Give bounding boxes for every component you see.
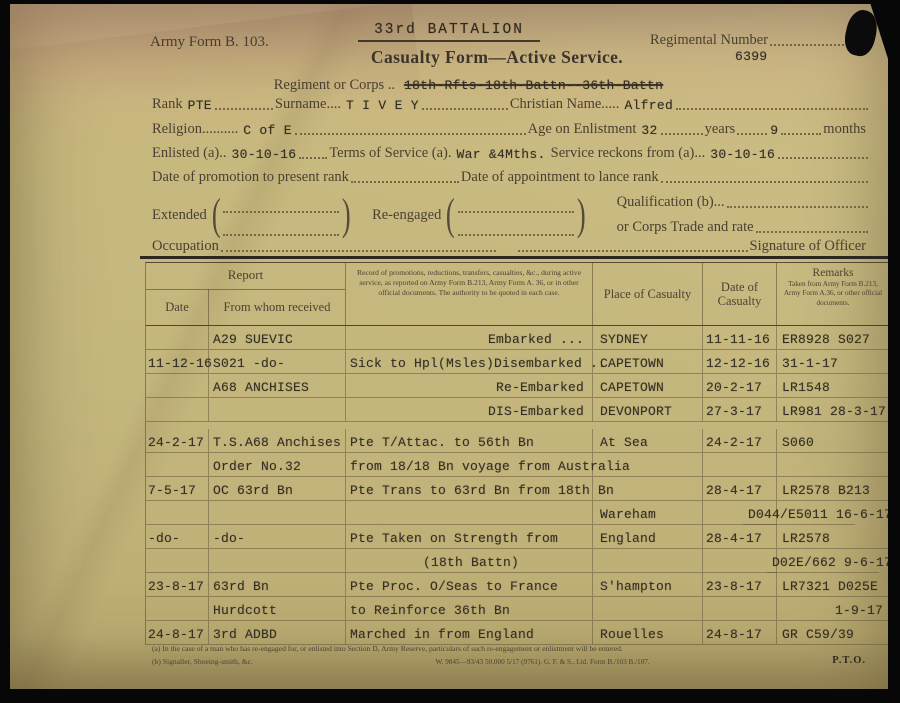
cell-remarks: 31-1-17 [777,350,889,374]
dotted-leader [223,218,339,236]
cell-place [593,477,703,501]
table-row: A68 ANCHISES Re-Embarked CAPETOWN 20-2-1… [146,374,890,398]
cell-from: Hurdcott [209,597,346,621]
cell-date [146,501,209,525]
cell-date: 7-5-17 [146,477,209,501]
signature-label: Signature of Officer [748,238,869,255]
cell-record: Pte Trans to 63rd Bn from 18th Bn [346,477,593,501]
enlisted-label: Enlisted (a).. [150,145,229,162]
reckons-label: Service reckons from (a)... [549,145,708,162]
age-months-value: 9 [767,123,781,138]
scanned-document: 33rd BATTALION Army Form B. 103. Regimen… [0,0,900,703]
dotted-leader [221,247,496,252]
paper-sheet: 33rd BATTALION Army Form B. 103. Regimen… [10,4,888,689]
dotted-leader [351,178,459,183]
cell-casualty-date [703,549,777,573]
cell-from: Order No.32 [209,453,346,477]
cell-casualty-date: 11-11-16 [703,326,777,350]
reengaged-dotted-lines [458,192,574,238]
occupation-label: Occupation [150,238,221,255]
reengaged-label: Re-engaged [370,207,443,224]
table-row: DIS-Embarked DEVONPORT 27-3-17 LR981 28-… [146,398,890,422]
age-label: Age on Enlistment [526,121,639,138]
rank-line: Rank PTE Surname.... T I V E Y Christian… [150,96,868,113]
cell-casualty-date: 27-3-17 [703,398,777,422]
dotted-leader [661,130,703,135]
dotted-leader [727,203,868,208]
cell-place [593,453,703,477]
pto-label: P.T.O. [832,655,866,666]
extended-label: Extended [150,207,209,224]
age-years-value: 32 [638,123,660,138]
dotted-leader [223,195,339,213]
dotted-leader [778,154,868,159]
cell-place: DEVONPORT [593,398,703,422]
record-right: DIS-Embarked [488,404,592,419]
surname-label: Surname.... [273,96,343,113]
extended-dotted-lines [223,192,339,238]
regiment-label: Regiment or Corps .. [272,77,397,93]
casualty-date-column-header: Date of Casualty [703,263,777,325]
religion-line: Religion.......... C of E Age on Enlistm… [150,121,868,138]
cell-remarks: LR981 28-3-17 [777,398,889,422]
corps-trade-line: or Corps Trade and rate [615,219,868,236]
regiment-or-corps-line: Regiment or Corps .. 18th-Rfts-18th-Batt… [10,76,888,94]
cell-date: -do- [146,525,209,549]
remarks-column-header: Remarks Taken from Army Form B.213, Army… [777,263,889,325]
remarks-header-subtitle: Taken from Army Form B.213, Army Form A.… [777,279,889,308]
cell-place: At Sea [593,429,703,453]
cell-remarks: D02E/662 9-6-17 [767,549,879,573]
record-left: (18th Battn) [423,555,519,570]
footer-line: (b) Signaller, Shoeing-smith, &c. W. 984… [152,655,866,666]
cell-casualty-date [703,453,777,477]
record-left: Pte Trans to 63rd Bn from 18th Bn [350,483,614,498]
dotted-leader [299,154,327,159]
record-right: Embarked ... [488,332,592,347]
remarks-value: 1-9-17 [835,603,889,618]
cell-date [146,398,209,422]
cell-record: Sick to Hpl(Msles)Disembarked .. [346,350,593,374]
cell-record: (18th Battn) [346,549,593,573]
dotted-leader [676,105,868,110]
cell-remarks: S060 [777,429,889,453]
dotted-leader [756,228,868,233]
cell-casualty-date: 28-4-17 [703,525,777,549]
date-column-header: Date [146,289,209,325]
place-column-header: Place of Casualty [593,263,703,325]
cell-date [146,597,209,621]
cell-place: SYDNEY [593,326,703,350]
cell-remarks: LR7321 D025E [777,573,889,597]
cell-casualty-date: 12-12-16 [703,350,777,374]
cell-remarks: 1-9-17 [777,597,889,621]
dotted-leader [422,105,508,110]
cell-casualty-date: 24-2-17 [703,429,777,453]
enlisted-line: Enlisted (a).. 30-10-16 Terms of Service… [150,145,868,162]
bracket-close: ) [577,191,586,239]
cell-from: 63rd Bn [209,573,346,597]
table-row: 24-8-17 3rd ADBD Marched in from England… [146,621,890,645]
cell-record: Marched in from England [346,621,593,645]
table-row: -do- -do- Pte Taken on Strength from Eng… [146,525,890,549]
cell-date [146,374,209,398]
cell-remarks [777,453,889,477]
record-column-header: Record of promotions, reductions, transf… [346,263,593,325]
surname-value: T I V E Y [343,98,422,113]
table-row: 11-12-16 S021 -do- Sick to Hpl(Msles)Dis… [146,350,890,374]
report-header: Report [146,267,345,283]
qualification-line: Qualification (b)... [615,194,868,211]
cell-record: Re-Embarked [346,374,593,398]
cell-casualty-date: 28-4-17 [703,477,777,501]
cell-place: S'hampton [593,573,703,597]
cell-date: 24-2-17 [146,429,209,453]
record-right: Re-Embarked [496,380,592,395]
cell-place: CAPETOWN [593,374,703,398]
religion-label: Religion.......... [150,121,240,138]
cell-from [209,501,346,525]
cell-place [593,549,703,573]
table-row: Hurdcott to Reinforce 36th Bn 1-9-17 [146,597,890,621]
from-column-header: From whom received [209,289,345,325]
printer-imprint: W. 9845—93/43 50,000 5/17 (9761). G. F. … [253,658,832,666]
cell-casualty-date: 23-8-17 [703,573,777,597]
cell-place [593,597,703,621]
casualty-table: Report Date From whom received Record of… [145,262,890,645]
months-label: months [821,121,868,138]
qualification-label: Qualification (b)... [615,194,727,211]
table-row: Wareham D044/E5011 16-6-17 [146,501,890,525]
lance-label: Date of appointment to lance rank [459,169,661,186]
promotion-line: Date of promotion to present rank Date o… [150,169,868,186]
rank-label: Rank [150,96,185,113]
cell-remarks: LR1548 [777,374,889,398]
cell-remarks: D044/E5011 16-6-17 [743,501,855,525]
dotted-leader [215,105,273,110]
cell-record: Embarked ... [346,326,593,350]
cell-record: Pte Proc. O/Seas to France [346,573,593,597]
cell-date: 24-8-17 [146,621,209,645]
promotion-label: Date of promotion to present rank [150,169,351,186]
cell-date: 23-8-17 [146,573,209,597]
cell-remarks: LR2578 B213 [777,477,889,501]
cell-from: -do- [209,525,346,549]
cell-record: to Reinforce 36th Bn [346,597,593,621]
cell-from: S021 -do- [209,350,346,374]
casualty-date-header-line1: Date of [721,280,758,294]
record-left: from 18/18 Bn voyage from Australia [350,459,630,474]
record-left: Pte Taken on Strength from [350,531,558,546]
regiment-value: 18th-Rfts-18th-Battn--36th-Battn [401,78,666,93]
cell-record: Pte T/Attac. to 56th Bn [346,429,593,453]
record-left: Sick to Hpl(Msles) [350,356,494,371]
heavy-rule [140,256,888,259]
table-row: 24-2-17 T.S.A68 Anchises Pte T/Attac. to… [146,429,890,453]
cell-from [209,398,346,422]
rank-value: PTE [185,98,215,113]
cell-date [146,549,209,573]
cell-record: from 18/18 Bn voyage from Australia [346,453,593,477]
casualty-date-header-line2: Casualty [718,294,762,308]
cell-casualty-date: 20-2-17 [703,374,777,398]
report-header-group: Report Date From whom received [146,263,346,325]
table-row: A29 SUEVIC Embarked ... SYDNEY 11-11-16 … [146,326,890,350]
cell-from: A29 SUEVIC [209,326,346,350]
dotted-leader [661,178,868,183]
bracket-open: ( [446,191,455,239]
terms-value: War &4Mths. [454,147,549,162]
extended-block: Extended ( ) Re-engaged ( ) Qualificatio… [150,188,868,242]
record-left: Pte T/Attac. to 56th Bn [350,435,534,450]
cell-remarks: ER8928 S027 [777,326,889,350]
cell-from: OC 63rd Bn [209,477,346,501]
dotted-leader [737,130,767,135]
bracket-close: ) [342,191,351,239]
cell-remarks: LR2578 [777,525,889,549]
cell-from: A68 ANCHISES [209,374,346,398]
footnote-b: (b) Signaller, Shoeing-smith, &c. [152,657,253,666]
battalion-text: 33rd BATTALION [358,22,540,42]
qualification-block: Qualification (b)... or Corps Trade and … [615,194,868,236]
cell-date [146,326,209,350]
terms-label: Terms of Service (a). [327,145,453,162]
religion-value: C of E [240,123,295,138]
cell-date: 11-12-16 [146,350,209,374]
enlisted-value: 30-10-16 [229,147,300,162]
dotted-leader [295,130,526,135]
cell-record [346,501,593,525]
christian-name-value: Alfred [621,98,676,113]
bracket-open: ( [212,191,221,239]
cell-from: T.S.A68 Anchises [209,429,346,453]
dotted-leader [518,247,747,252]
dotted-leader [458,218,574,236]
cell-record: Pte Taken on Strength from [346,525,593,549]
cell-remarks: GR C59/39 [777,621,889,645]
cell-date [146,453,209,477]
footnote-a: (a) In the case of a man who has re-enga… [152,644,866,653]
occupation-line: Occupation Signature of Officer [150,238,868,255]
dotted-leader [458,195,574,213]
table-row: Order No.32 from 18/18 Bn voyage from Au… [146,453,890,477]
table-row: 7-5-17 OC 63rd Bn Pte Trans to 63rd Bn f… [146,477,890,501]
years-label: years [703,121,738,138]
record-left: to Reinforce 36th Bn [350,603,510,618]
corps-trade-label: or Corps Trade and rate [615,219,756,236]
christian-name-label: Christian Name..... [508,96,622,113]
cell-place: CAPETOWN [593,350,703,374]
regimental-number-value: 6399 [732,49,770,64]
cell-record: DIS-Embarked [346,398,593,422]
table-row: 23-8-17 63rd Bn Pte Proc. O/Seas to Fran… [146,573,890,597]
reckons-value: 30-10-16 [707,147,778,162]
cell-place: Wareham [593,501,703,525]
dotted-leader [781,130,821,135]
cell-from [209,549,346,573]
record-left: Marched in from England [350,627,534,642]
cell-place: Rouelles [593,621,703,645]
record-left: Pte Proc. O/Seas to France [350,579,558,594]
cell-from: 3rd ADBD [209,621,346,645]
cell-place: England [593,525,703,549]
table-row: (18th Battn) D02E/662 9-6-17 [146,549,890,573]
report-subheaders: Date From whom received [146,289,345,325]
cell-casualty-date: 24-8-17 [703,621,777,645]
table-header: Report Date From whom received Record of… [146,263,890,326]
remarks-header-title: Remarks [777,267,889,279]
cell-casualty-date [703,597,777,621]
